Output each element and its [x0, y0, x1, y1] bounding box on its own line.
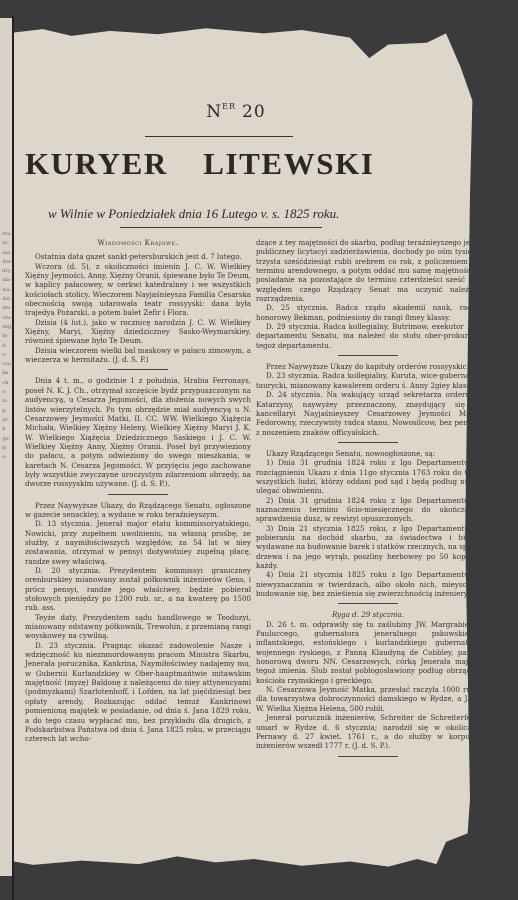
article-paragraph: Dzisia (4 lut.), jako w rocznicę narodzi…	[25, 318, 251, 346]
masthead-rule-top	[145, 136, 293, 137]
page-binding-edge	[12, 16, 14, 900]
previous-page-fragment: o-	[2, 388, 12, 397]
article-paragraph: 3) Dnia 21 stycznia 1825 roku, z Igo Dep…	[256, 524, 480, 571]
section-separator	[338, 756, 398, 757]
issue-label-sup: ER	[222, 102, 236, 111]
article-paragraph: dzące z tey majętności do skarbu, podług…	[256, 238, 480, 303]
previous-page-fragment: lu	[2, 397, 12, 406]
article-paragraph: Ostatnia data gazet sankt-petersburskich…	[25, 252, 251, 261]
left-column: Wiadomości Krajowe. Ostatnia data gazet …	[25, 238, 251, 744]
newspaper-title: KURYER LITEWSKI	[25, 146, 435, 182]
previous-page-fragment: dze	[2, 258, 12, 267]
article-paragraph: D. 25 stycznia. Radca rządu akademii nau…	[256, 303, 480, 322]
article-paragraph: Ukazy Rządzącego Senatu, nowoogłoszone, …	[256, 449, 480, 458]
previous-page-fragment: d-	[2, 342, 12, 351]
previous-page-fragment: ke	[2, 369, 12, 378]
newspaper-page: NER20 KURYER LITEWSKI w Wilnie w Poniedz…	[14, 24, 494, 876]
article-paragraph: Dzisia wieczorem wielki bal maskowy w pa…	[25, 346, 251, 365]
dateline-heading: Ryga d. 29 stycznia.	[256, 610, 480, 619]
issue-number: NER20	[0, 102, 476, 122]
issue-label: N	[206, 102, 222, 122]
dateline: w Wilnie w Poniedziałek dnia 16 Lutego v…	[48, 206, 339, 222]
previous-page-fragment: czu	[2, 360, 12, 369]
right-column: dzące z tey majętności do skarbu, podług…	[256, 238, 480, 763]
previous-page-fragment: ła-	[2, 332, 12, 341]
masthead-rule-bottom	[120, 227, 322, 228]
article-paragraph: Wczora (d. 5), z okoliczności imienin J.…	[25, 262, 251, 318]
article-paragraph: D. 29 stycznia. Radca kollegialny, Butri…	[256, 322, 480, 350]
previous-page-fragment: ly	[2, 444, 12, 453]
previous-page-fragment: wa,	[2, 286, 12, 295]
section-separator	[108, 369, 168, 370]
section-separator	[338, 442, 398, 443]
section-separator	[338, 603, 398, 604]
article-paragraph: Przez Naywyższe Ukazy do kapituły orderó…	[256, 362, 480, 371]
previous-page-fragment: ch	[2, 379, 12, 388]
previous-page-fragment: k	[2, 425, 12, 434]
previous-page-fragment: ctu-	[2, 314, 12, 323]
previous-page-fragment: sło-	[2, 304, 12, 313]
article-paragraph: Jenerał porucznik inżenierów, Schreiter …	[256, 713, 480, 750]
article-paragraph: D. 26 t. m. odprawiły się tu zaślubiny J…	[256, 620, 480, 685]
previous-page-fragment: dry	[2, 267, 12, 276]
article-paragraph: 4) Dnia 21 stycznia 1825 roku z Igo Depa…	[256, 570, 480, 598]
section-heading: Wiadomości Krajowe.	[25, 238, 251, 247]
section-separator	[338, 355, 398, 356]
previous-page-fragment: rra-	[2, 230, 12, 239]
article-paragraph: Teyże daty. Prezydentem sądu handlowego …	[25, 613, 251, 641]
previous-page-text-fragments: rra-sy-niadzedryała-wa,dzi,sło-ctu-zngła…	[2, 230, 12, 462]
issue-number-value: 20	[242, 102, 266, 122]
article-paragraph: 1) Dnia 31 grudnia 1824 roku z Igo Depar…	[256, 458, 480, 495]
article-paragraph: Dnia 4 t. m., o godzinie 1 z południa, H…	[25, 376, 251, 488]
article-paragraph: D. 13 stycznia. Jenerał major etatu komm…	[25, 519, 251, 566]
previous-page-fragment: o-	[2, 453, 12, 462]
previous-page-fragment: ała-	[2, 276, 12, 285]
article-paragraph: N. Cesarzowa Jeymość Matka, przesłać rac…	[256, 685, 480, 713]
article-paragraph: D. 20 stycznia. Prezydentem kommissyi gr…	[25, 566, 251, 613]
previous-page-fragment: dzi,	[2, 295, 12, 304]
previous-page-fragment: sy-	[2, 239, 12, 248]
article-paragraph: Przez Naywyższe Ukazy, do Rządzącego Sen…	[25, 501, 251, 520]
previous-page-fragment: o-	[2, 351, 12, 360]
article-paragraph: D. 24 stycznia. Na wakujący urząd sekret…	[256, 390, 480, 437]
previous-page-fragment: p-	[2, 407, 12, 416]
previous-page-fragment: ył-	[2, 416, 12, 425]
previous-page-fragment: go-	[2, 435, 12, 444]
previous-page-fragment: nia	[2, 249, 12, 258]
section-separator	[108, 494, 168, 495]
previous-page-fragment: zng	[2, 323, 12, 332]
article-paragraph: D. 23 stycznia. Radca kollegialny, Kurut…	[256, 371, 480, 390]
article-paragraph: D. 23 stycznia. Pragnąc okazać zadowolen…	[25, 641, 251, 744]
article-paragraph: 2) Dnia 31 grudnia 1824 roku z Igo Depar…	[256, 496, 480, 524]
